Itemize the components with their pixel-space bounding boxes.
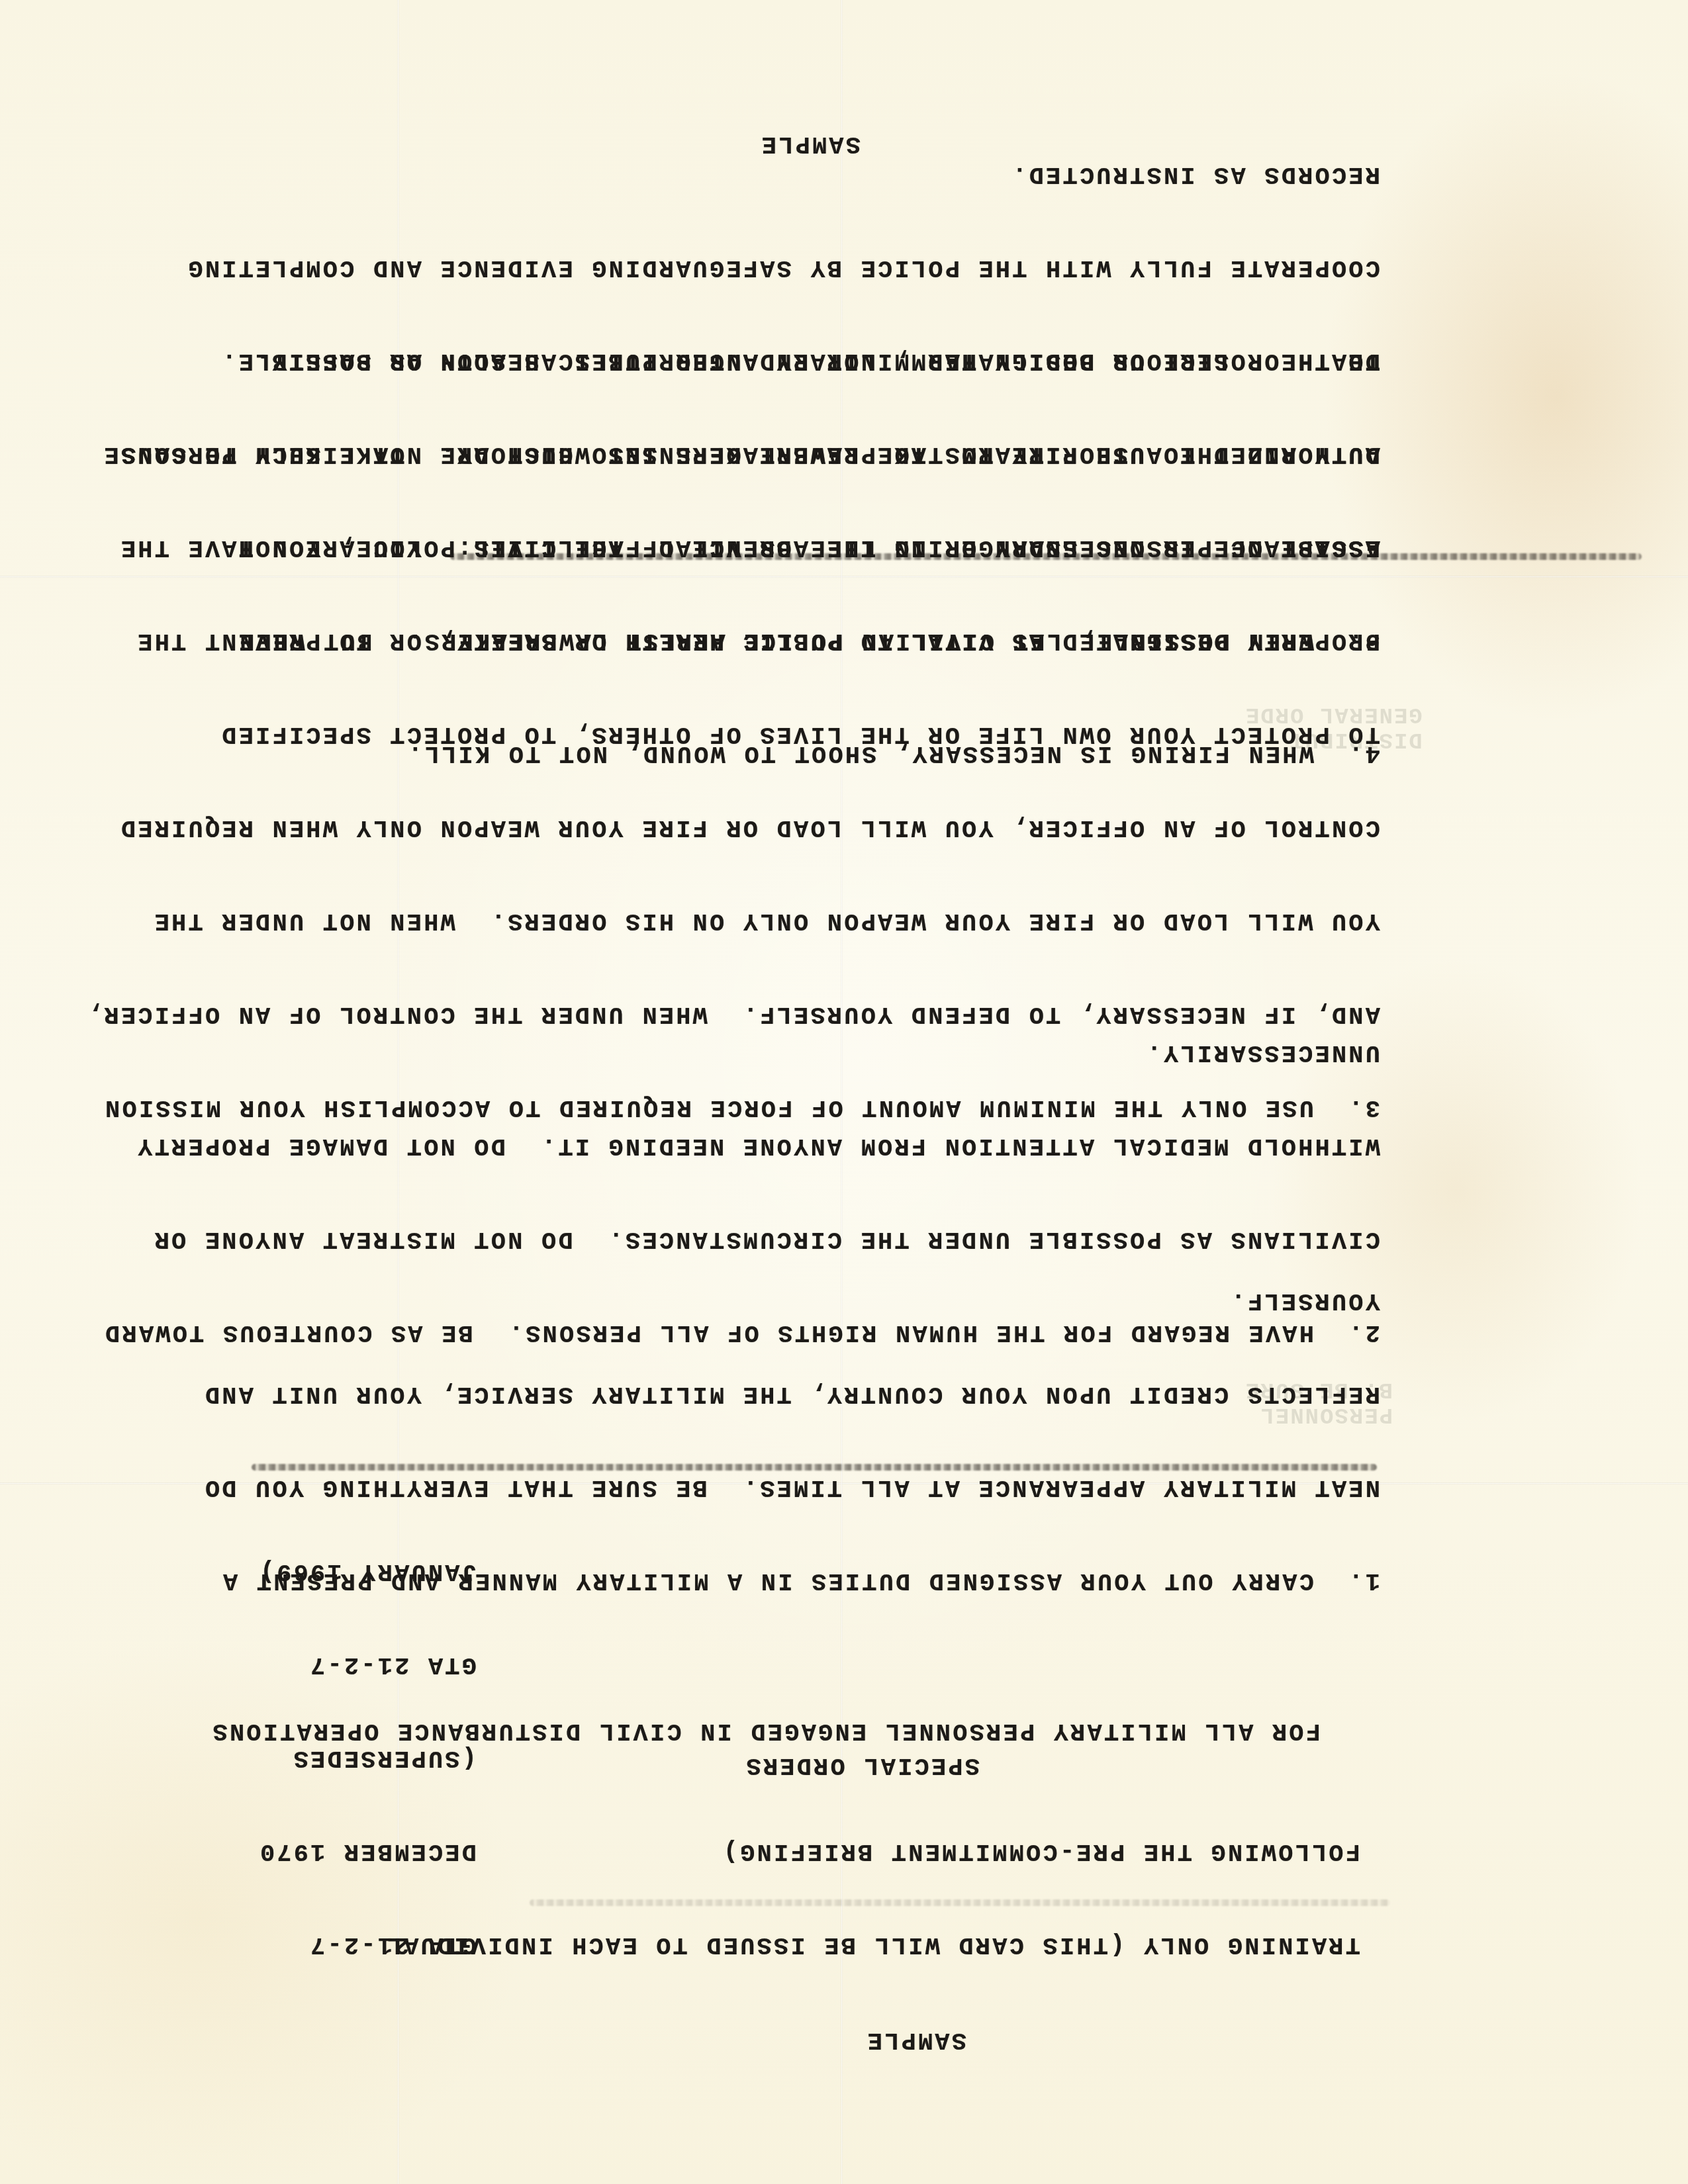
document-subtitle: FOR ALL MILITARY PERSONNEL ENGAGED IN CI… <box>211 1715 1321 1746</box>
header-line: TRAINING ONLY (THIS CARD WILL BE ISSUED … <box>385 1929 1360 1960</box>
document-content-rotated: SAMPLE TRAINING ONLY (THIS CARD WILL BE … <box>0 0 1688 2184</box>
order-line: NEAT MILITARY APPEARANCE AT ALL TIMES. B… <box>203 1471 1380 1502</box>
order-number: 5. <box>1314 625 1380 656</box>
order-line: ASSISTANCE IS NECESSARY OR IN THE ABSENC… <box>119 531 1380 563</box>
order-number: 2. <box>1314 1316 1380 1347</box>
order-number: 4. <box>1314 737 1380 768</box>
order-line: HAVE REGARD FOR THE HUMAN RIGHTS OF ALL … <box>103 1318 1314 1346</box>
form-date: DECEMBER 1970 <box>258 1835 477 1866</box>
order-item-5: 5.WHEN POSSIBLE, LET CIVILIAN POLICE ARR… <box>119 96 1380 718</box>
order-line: DUTY AND THE AUTHORITY TO TAKE LAWBREAKE… <box>119 438 1380 469</box>
order-line: AND, IF NECESSARY, TO DEFEND YOURSELF. W… <box>85 998 1380 1029</box>
order-line: CARRY OUT YOUR ASSIGNED DUTIES IN A MILI… <box>221 1567 1314 1594</box>
sample-label-top: SAMPLE <box>866 2024 966 2055</box>
order-line: RECORDS AS INSTRUCTED. <box>119 158 1380 189</box>
header-line: FOLLOWING THE PRE-COMMITMENT BRIEFING) <box>385 1835 1360 1866</box>
order-line: WHEN FIRING IS NECESSARY, SHOOT TO WOUND… <box>406 739 1314 767</box>
order-line: WHEN POSSIBLE, LET CIVILIAN POLICE ARRES… <box>238 627 1314 655</box>
scanned-document-page: DISTRIBUT GENERAL ORDE PERSONNEL B. BE S… <box>0 0 1688 2184</box>
order-line: TO THE POLICE OR DESIGNATED MILITARY AUT… <box>119 345 1380 376</box>
order-line: COOPERATE FULLY WITH THE POLICE BY SAFEG… <box>119 251 1380 283</box>
sample-label-bottom: SAMPLE <box>760 128 861 159</box>
header-instructions: TRAINING ONLY (THIS CARD WILL BE ISSUED … <box>385 1773 1360 2022</box>
order-line: CIVILIANS AS POSSIBLE UNDER THE CIRCUMST… <box>103 1223 1380 1254</box>
supersedes-label: (SUPERSEDES <box>258 1742 477 1773</box>
document-title: SPECIAL ORDERS <box>744 1749 980 1780</box>
order-number: 1. <box>1314 1565 1380 1596</box>
order-line: YOU WILL LOAD OR FIRE YOUR WEAPON ONLY O… <box>85 905 1380 936</box>
form-id: GTA 21-2-7 <box>258 1929 477 1960</box>
order-line: USE ONLY THE MINIMUM AMOUNT OF FORCE REQ… <box>103 1093 1314 1121</box>
order-number: 3. <box>1314 1091 1380 1122</box>
